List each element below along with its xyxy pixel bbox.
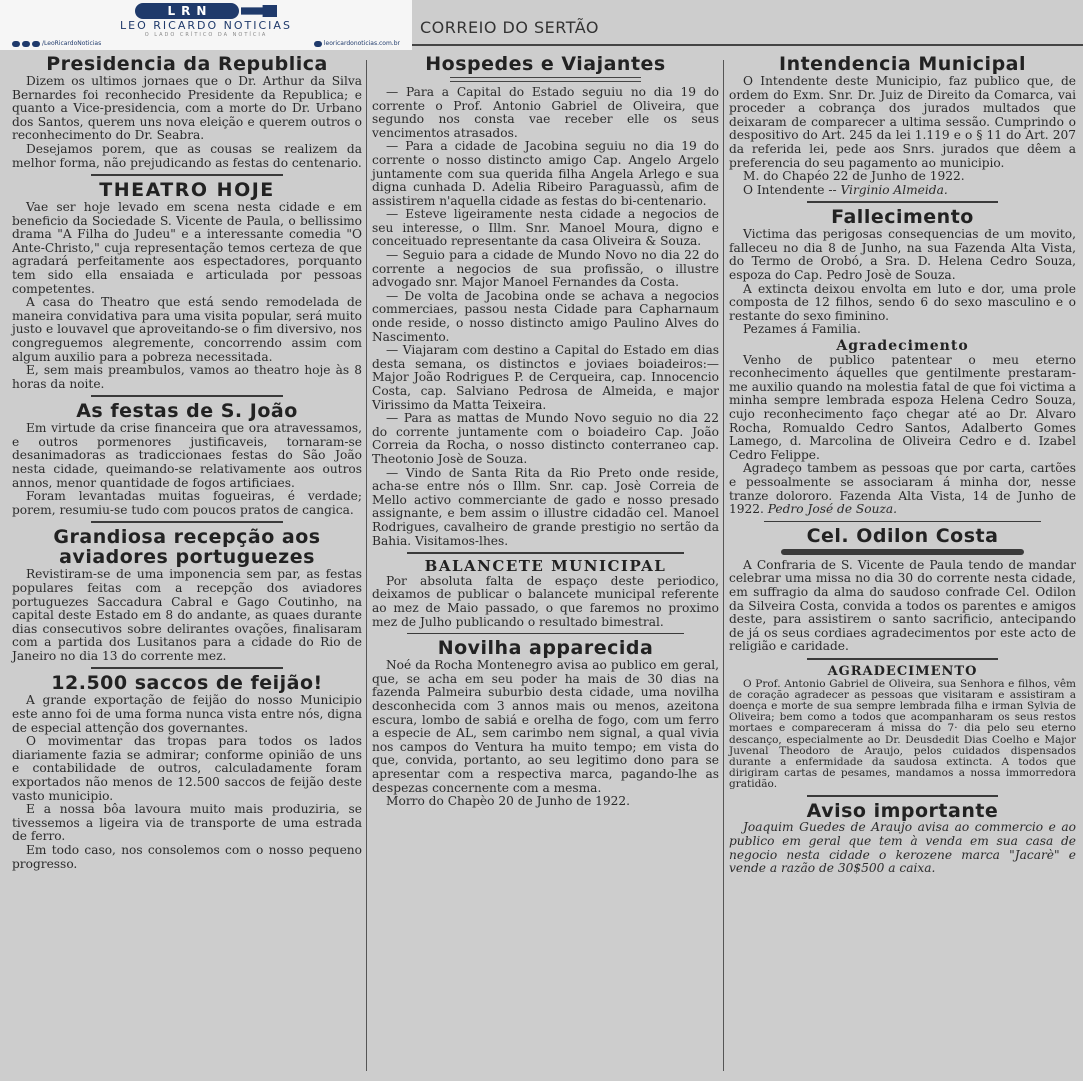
article-odilon-costa: Cel. Odilon Costa A Confraria de S. Vice…: [729, 527, 1076, 660]
separator: [91, 521, 284, 523]
camera-icon: [241, 5, 277, 17]
social-handle: /LeoRicardoNoticias: [42, 40, 101, 47]
right-column: Intendencia Municipal O Intendente deste…: [729, 55, 1076, 1081]
youtube-icon: [32, 41, 40, 47]
paragraph: A grande exportação de feijão do nosso M…: [12, 694, 362, 735]
article-agradecimento: Agradecimento Venho de publico patentear…: [729, 339, 1076, 522]
instagram-icon: [22, 41, 30, 47]
article-hospedes: Hospedes e Viajantes — Para a Capital do…: [372, 55, 719, 554]
left-column: Presidencia da Republica Dizem os ultimo…: [12, 55, 362, 1081]
signature-name: Pedro José de Souza.: [768, 502, 897, 516]
separator: [91, 174, 284, 176]
paragraph: — Viajaram com destino a Capital do Esta…: [372, 344, 719, 412]
middle-column: Hospedes e Viajantes — Para a Capital do…: [372, 55, 719, 1081]
paragraph: — Para a Capital do Estado seguiu no dia…: [372, 86, 719, 140]
separator: [807, 201, 998, 203]
dateline: Morro do Chapèo 20 de Junho de 1922.: [372, 795, 719, 809]
article-festas-sao-joao: As festas de S. João Em virtude da crise…: [12, 402, 362, 523]
separator: [407, 552, 685, 554]
headline: Agradecimento: [729, 339, 1076, 354]
article-body: Por absoluta falta de espaço deste perio…: [372, 575, 719, 629]
headline: Hospedes e Viajantes: [372, 55, 719, 75]
paragraph: — Para a cidade de Jacobina seguiu no di…: [372, 140, 719, 208]
headline: Novilha apparecida: [372, 639, 719, 659]
website-link: leoricardonoticias.com.br: [314, 40, 400, 47]
separator: [807, 658, 998, 660]
article-feijao: 12.500 saccos de feijão! A grande export…: [12, 674, 362, 871]
article-theatro: THEATRO HOJE Vae ser hoje levado em scen…: [12, 181, 362, 397]
paragraph: O movimentar das tropas para todos os la…: [12, 735, 362, 803]
paragraph: Foram levantadas muitas fogueiras, é ver…: [12, 490, 362, 517]
article-body: Vae ser hoje levado em scena nesta cidad…: [12, 201, 362, 391]
paragraph: — Vindo de Santa Rita da Rio Preto onde …: [372, 467, 719, 549]
article-aviadores: Grandiosa recepção aos aviadores portugu…: [12, 528, 362, 669]
article-fallecimento: Fallecimento Victima das perigosas conse…: [729, 208, 1076, 337]
paragraph: Venho de publico patentear o meu eterno …: [729, 354, 1076, 463]
ornament-divider: [450, 77, 641, 82]
article-body: Venho de publico patentear o meu eterno …: [729, 354, 1076, 517]
signature-label: O Intendente --: [743, 183, 837, 197]
paragraph: — Para as mattas de Mundo Novo seguio no…: [372, 412, 719, 466]
paragraph: Desejamos porem, que as cousas se realiz…: [12, 143, 362, 170]
article-body: A Confraria de S. Vicente de Paula tendo…: [729, 559, 1076, 654]
headline: Fallecimento: [729, 208, 1076, 228]
headline: As festas de S. João: [12, 402, 362, 422]
paragraph: Agradeço tambem as pessoas que por carta…: [729, 462, 1076, 516]
masthead-title: CORREIO DO SERTÃO: [420, 18, 720, 44]
article-body: O Intendente deste Municipio, faz public…: [729, 75, 1076, 197]
paragraph: Em virtude da crise financeira que ora a…: [12, 422, 362, 490]
column-divider: [366, 60, 367, 1071]
paragraph: E, sem mais preambulos, vamos ao theatro…: [12, 364, 362, 391]
headline: AGRADECIMENTO: [729, 665, 1076, 679]
article-novilha: Novilha apparecida Noé da Rocha Monteneg…: [372, 639, 719, 808]
headline: Aviso importante: [729, 802, 1076, 822]
dateline: M. do Chapéo 22 de Junho de 1922.: [729, 170, 1076, 184]
logo-links: /LeoRicardoNoticias leoricardonoticias.c…: [0, 40, 412, 47]
article-body: Victima das perigosas consequencias de u…: [729, 228, 1076, 337]
article-body: — Para a Capital do Estado seguiu no dia…: [372, 86, 719, 548]
article-body: Noé da Rocha Montenegro avisa ao publico…: [372, 659, 719, 809]
headline: THEATRO HOJE: [12, 181, 362, 201]
separator: [807, 795, 998, 797]
article-intendencia: Intendencia Municipal O Intendente deste…: [729, 55, 1076, 203]
logo-badge: LRN: [135, 3, 277, 19]
paragraph: Vae ser hoje levado em scena nesta cidad…: [12, 201, 362, 296]
headline: Grandiosa recepção aos aviadores portugu…: [12, 528, 362, 568]
article-balancete: BALANCETE MUNICIPAL Por absoluta falta d…: [372, 559, 719, 634]
signature-line: O Intendente -- Virginio Almeida.: [729, 184, 1076, 198]
social-links: /LeoRicardoNoticias: [12, 40, 101, 47]
headline: Presidencia da Republica: [12, 55, 362, 75]
paragraph: A casa do Theatro que está sendo remodel…: [12, 296, 362, 364]
paragraph: E a nossa bôa lavoura muito mais produzi…: [12, 803, 362, 844]
paragraph: — De volta de Jacobina onde se achava a …: [372, 290, 719, 344]
headline: Intendencia Municipal: [729, 55, 1076, 75]
paragraph: Revistiram-se de uma imponencia sem par,…: [12, 568, 362, 663]
headline: BALANCETE MUNICIPAL: [372, 559, 719, 575]
ornament-divider: [781, 549, 1024, 555]
article-body: Revistiram-se de uma imponencia sem par,…: [12, 568, 362, 663]
globe-icon: [314, 41, 322, 47]
paragraph: A Confraria de S. Vicente de Paula tendo…: [729, 559, 1076, 654]
logo-tagline: O LADO CRÍTICO DA NOTÍCIA: [145, 32, 268, 38]
paragraph: Victima das perigosas consequencias de u…: [729, 228, 1076, 282]
separator: [91, 395, 284, 397]
paragraph: Joaquim Guedes de Araujo avisa ao commer…: [729, 821, 1076, 875]
headline: Cel. Odilon Costa: [729, 527, 1076, 547]
paragraph: Pezames á Familia.: [729, 323, 1076, 337]
article-agradecimento-caps: AGRADECIMENTO O Prof. Antonio Gabriel de…: [729, 665, 1076, 797]
paragraph: Por absoluta falta de espaço deste perio…: [372, 575, 719, 629]
newspaper-page: LRN LEO RICARDO NOTICIAS O LADO CRÍTICO …: [0, 0, 1083, 1081]
paragraph: A extincta deixou envolta em luto e dor,…: [729, 283, 1076, 324]
paragraph: O Prof. Antonio Gabriel de Oliveira, sua…: [729, 679, 1076, 791]
separator: [764, 521, 1042, 522]
paragraph: — Seguio para a cidade de Mundo Novo no …: [372, 249, 719, 290]
separator: [91, 667, 284, 669]
facebook-icon: [12, 41, 20, 47]
paragraph: Em todo caso, nos consolemos com o nosso…: [12, 844, 362, 871]
article-aviso-importante: Aviso importante Joaquim Guedes de Arauj…: [729, 802, 1076, 876]
article-body: Dizem os ultimos jornaes que o Dr. Arthu…: [12, 75, 362, 170]
article-body: Joaquim Guedes de Araujo avisa ao commer…: [729, 821, 1076, 875]
lrn-logo-banner: LRN LEO RICARDO NOTICIAS O LADO CRÍTICO …: [0, 0, 412, 50]
website-url: leoricardonoticias.com.br: [324, 40, 400, 47]
masthead-rule: [368, 44, 1083, 46]
logo-name: LEO RICARDO NOTICIAS: [120, 20, 292, 32]
column-divider: [723, 60, 724, 1071]
article-presidencia: Presidencia da Republica Dizem os ultimo…: [12, 55, 362, 176]
article-body: O Prof. Antonio Gabriel de Oliveira, sua…: [729, 679, 1076, 791]
signature-name: Virginio Almeida.: [840, 183, 947, 197]
lrn-badge-text: LRN: [135, 3, 239, 19]
paragraph: — Esteve ligeiramente nesta cidade a neg…: [372, 208, 719, 249]
paragraph: Dizem os ultimos jornaes que o Dr. Arthu…: [12, 75, 362, 143]
separator: [407, 633, 685, 634]
paragraph: O Intendente deste Municipio, faz public…: [729, 75, 1076, 170]
paragraph: Noé da Rocha Montenegro avisa ao publico…: [372, 659, 719, 795]
article-body: A grande exportação de feijão do nosso M…: [12, 694, 362, 871]
headline: 12.500 saccos de feijão!: [12, 674, 362, 694]
article-body: Em virtude da crise financeira que ora a…: [12, 422, 362, 517]
